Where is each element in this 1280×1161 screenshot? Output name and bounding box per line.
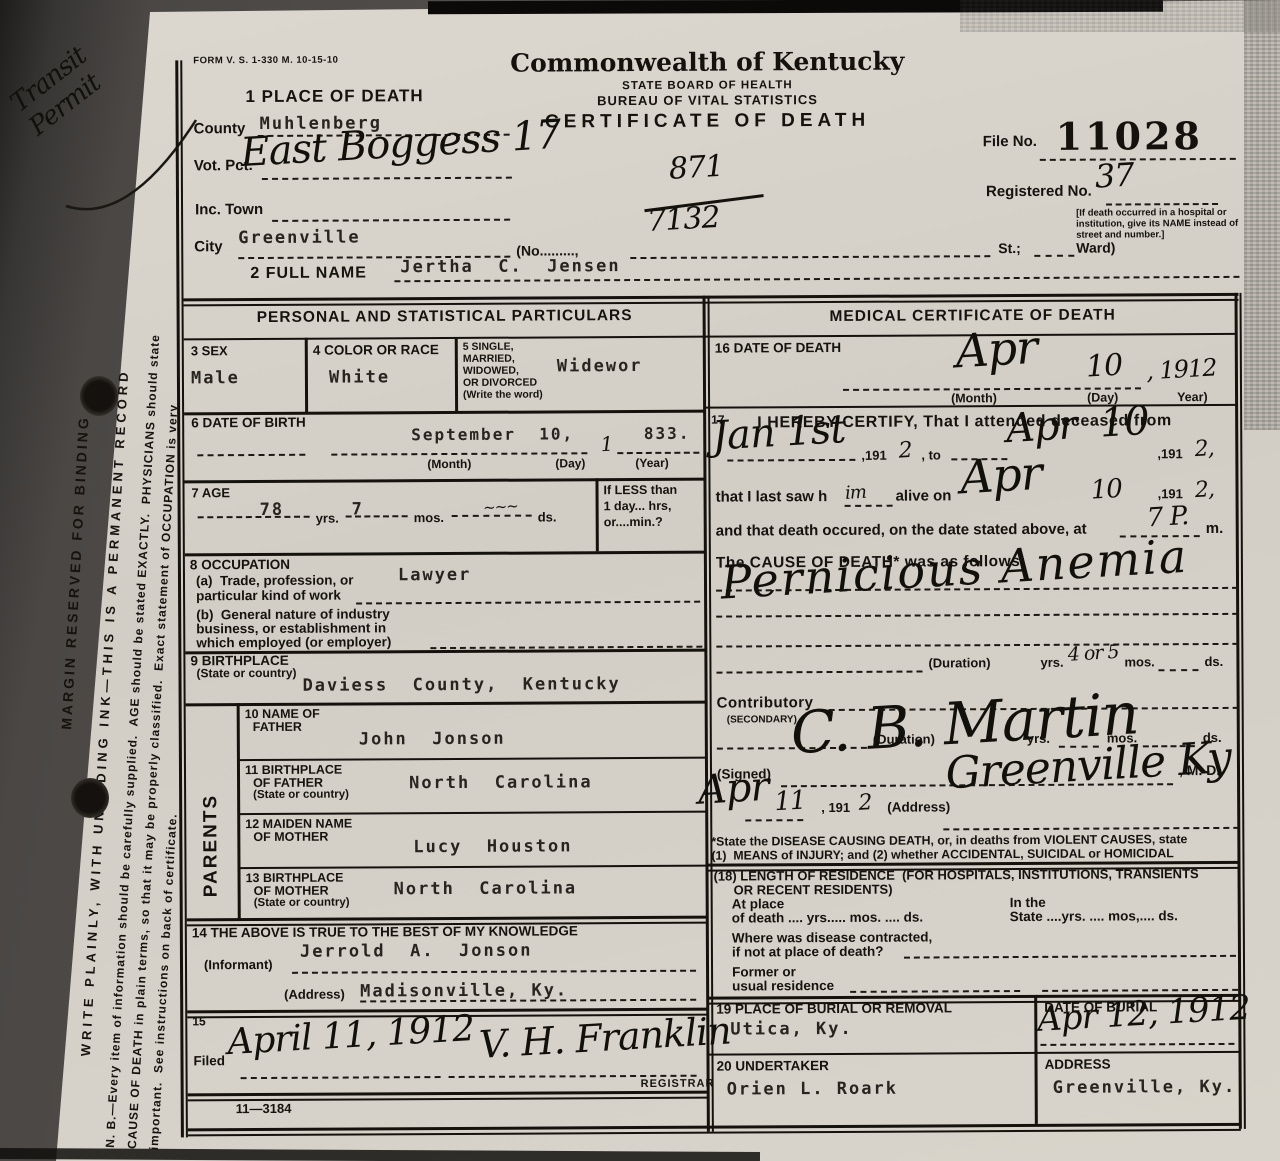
inc-town-line <box>272 219 510 222</box>
physician-address-label: (Address) <box>887 800 950 815</box>
rule <box>708 1051 1240 1055</box>
last-saw-month-handwriting: Apr <box>958 446 1043 505</box>
duration-value-handwriting: 4 or 5 <box>1067 641 1119 666</box>
rule <box>239 757 707 761</box>
undertaker-address-value: Greenville, Ky. <box>1053 1077 1237 1098</box>
ward-label: Ward) <box>1076 241 1115 256</box>
sex-label: 3 SEX <box>191 344 228 358</box>
occupation-a-line-1: (a) Trade, profession, or <box>196 574 354 589</box>
less-than-line-1: If LESS than <box>603 484 677 498</box>
occupation-line <box>356 601 700 605</box>
county-label: County <box>194 121 246 137</box>
signature-date-line <box>745 819 803 821</box>
father-name-label-2: FATHER <box>253 721 302 734</box>
year-printed-3: ,191 <box>1158 487 1183 501</box>
rule <box>184 336 705 341</box>
divider <box>237 703 241 920</box>
date-of-birth-value: September 10, 833. <box>411 424 690 444</box>
footnote-line-2: (1) MEANS of INJURY; and (2) whether ACC… <box>711 847 1173 862</box>
frame-top-rule <box>184 293 1239 307</box>
year-hand-1: 2 <box>898 438 912 464</box>
dob-year-handwriting: 1 <box>600 432 613 457</box>
duration-line <box>1158 669 1198 671</box>
occupation-value: Lawyer <box>398 565 472 585</box>
dob-line <box>331 452 587 455</box>
full-name-label: 2 FULL NAME <box>250 265 367 282</box>
street-label: St.; <box>998 241 1021 256</box>
divider <box>305 338 308 414</box>
full-name-line <box>394 276 1239 282</box>
rule <box>188 1091 709 1102</box>
duration-yrs-caption: yrs. <box>1040 656 1063 670</box>
age-line <box>198 516 310 519</box>
former-residence-line <box>850 990 1020 993</box>
hospital-instruction-note: [If death occurred in a hospital or inst… <box>1076 207 1246 241</box>
ward-line <box>1034 255 1074 257</box>
frame-left-border <box>175 60 188 1137</box>
signature-year-hand: 2 <box>858 790 872 816</box>
city-label: City <box>194 239 222 255</box>
age-line <box>452 515 532 517</box>
dob-month-caption: (Month) <box>427 458 471 471</box>
year-printed-2: ,191 <box>1157 447 1182 461</box>
state-title: Commonwealth of Kentucky <box>457 46 957 78</box>
certify-line <box>727 459 855 462</box>
inc-town-label: Inc. Town <box>195 202 263 218</box>
father-birthplace-value: North Carolina <box>409 772 593 793</box>
frame-bottom-rule <box>188 1123 1241 1137</box>
full-name-value: Jertha C. Jensen <box>400 256 620 277</box>
rule <box>186 701 707 706</box>
disease-contracted-line <box>904 955 1236 959</box>
signature-date-month-handwriting: Apr <box>697 764 770 814</box>
undertaker-value: Orien L. Roark <box>727 1079 898 1100</box>
last-saw-him-scribble: im <box>844 482 866 504</box>
last-saw-day-handwriting: 10 <box>1090 474 1123 506</box>
place-of-death-heading: 1 PLACE OF DEATH <box>245 87 423 106</box>
certificate-form: FORM V. S. 1-330 M. 10-15-10 Commonwealt… <box>0 0 1280 1161</box>
registered-no-line <box>1106 203 1218 206</box>
father-birthplace-label-3: (State or country) <box>253 789 349 802</box>
rule <box>239 811 707 815</box>
former-residence-label-2: usual residence <box>732 979 834 994</box>
race-label: 4 COLOR OR RACE <box>313 343 439 358</box>
date-of-death-day-handwriting: 10 <box>1085 348 1123 385</box>
street-line <box>630 255 990 259</box>
informant-line <box>292 970 696 974</box>
age-ds-caption: ds. <box>538 510 557 524</box>
age-line <box>346 515 408 517</box>
last-saw-text-1: that I last saw h <box>716 489 828 505</box>
in-state-label-2: State ....yrs. .... mos,.... ds. <box>1010 909 1178 924</box>
bureau-subtitle: BUREAU OF VITAL STATISTICS <box>457 92 957 108</box>
duration-ds-caption: ds. <box>1204 655 1223 669</box>
file-no-label: File No. <box>983 134 1037 150</box>
signature-date-day-handwriting: 11 <box>774 786 807 818</box>
informant-address-line <box>360 999 696 1003</box>
occupation-a-line-2: particular kind of work <box>196 589 341 604</box>
registered-no-value: 37 <box>1094 155 1135 195</box>
date-of-birth-label: 6 DATE OF BIRTH <box>191 416 306 431</box>
mother-birthplace-value: North Carolina <box>394 878 578 899</box>
mother-name-value: Lucy Houston <box>413 836 572 857</box>
burial-place-label: 19 PLACE OF BURIAL OR REMOVAL <box>716 1001 952 1016</box>
birthplace-sublabel: (State or country) <box>196 667 296 680</box>
form-code-footer: 11—3184 <box>236 1102 292 1116</box>
date-of-death-year: , 1912 <box>1145 353 1217 385</box>
filed-line <box>241 1076 441 1079</box>
father-name-value: John Jonson <box>359 729 506 750</box>
secondary-caption: (SECONDARY) <box>727 715 797 726</box>
date-of-death-month-handwriting: Apr <box>954 320 1039 379</box>
informant-label: (Informant) <box>204 958 273 972</box>
year-printed-1: ,191 <box>861 449 886 463</box>
house-number-numerator: 871 <box>668 149 724 187</box>
registrar-caption: REGISTRAR <box>641 1079 715 1091</box>
at-place-label-2: of death .... yrs..... mos. .... ds. <box>732 911 923 926</box>
voting-precinct-line <box>262 177 512 180</box>
less-than-line-3: or....min.? <box>604 516 663 529</box>
file-no-line <box>1040 158 1236 161</box>
divider <box>595 478 598 551</box>
duration-line <box>716 671 922 674</box>
year-hand-3: 2, <box>1194 477 1214 503</box>
parents-vertical-label: PARENTS <box>201 737 222 897</box>
duration-label: (Duration) <box>928 656 990 670</box>
birthplace-value: Daviess County, Kentucky <box>302 674 620 696</box>
occupation-label: 8 OCCUPATION <box>190 558 290 573</box>
informant-name-value: Jerrold A. Jonson <box>300 941 533 962</box>
race-value: White <box>329 367 390 387</box>
board-subtitle: STATE BOARD OF HEALTH <box>457 78 957 93</box>
rule <box>705 404 1237 409</box>
informant-address-label: (Address) <box>284 988 345 1002</box>
file-no-value: 11028 <box>1056 113 1203 159</box>
year-hand-2: 2, <box>1194 436 1214 462</box>
undertaker-address-label: ADDRESS <box>1045 1058 1111 1073</box>
house-number-denominator: 7132 <box>646 200 720 239</box>
rule <box>239 865 707 869</box>
age-yrs-caption: yrs. <box>316 512 339 526</box>
disease-contracted-label-2: if not at place of death? <box>732 945 884 960</box>
registered-no-label: Registered No. <box>986 184 1092 200</box>
mother-name-label-2: OF MOTHER <box>253 831 328 845</box>
personal-section-title: PERSONAL AND STATISTICAL PARTICULARS <box>185 308 705 327</box>
last-saw-line <box>845 505 893 507</box>
form-number: FORM V. S. 1-330 M. 10-15-10 <box>193 56 338 67</box>
marital-status-value: Widewor <box>557 356 643 376</box>
divider <box>455 337 458 413</box>
physician-address-line <box>943 827 1239 831</box>
date-of-death-label: 16 DATE OF DEATH <box>715 341 841 356</box>
duration-mos-caption: mos. <box>1124 655 1154 669</box>
undertaker-label: 20 UNDERTAKER <box>717 1059 829 1074</box>
death-hour-m-caption: m. <box>1206 521 1224 537</box>
filed-label: Filed <box>193 1054 225 1068</box>
item-15-label: 15 <box>192 1015 205 1028</box>
signature-year-printed: , 191 <box>821 801 850 815</box>
cause-of-death-handwriting: Pernicious Anemia <box>719 529 1190 610</box>
attended-from-date-handwriting: Jan 1st <box>711 406 847 460</box>
residence-title-line-1: (18) LENGTH OF RESIDENCE (FOR HOSPITALS,… <box>714 867 1199 883</box>
marital-status-label: 5 SINGLE, MARRIED, WIDOWED, OR DIVORCED … <box>463 341 543 401</box>
less-than-line-2: 1 day... hrs, <box>604 500 672 513</box>
registrar-signature: V. H. Franklin <box>478 1008 732 1066</box>
dob-line <box>197 454 305 457</box>
residence-title-line-2: OR RECENT RESIDENTS) <box>734 883 893 897</box>
attended-to-date-handwriting: Apr 10 <box>1005 398 1150 452</box>
to-label: , to <box>921 448 941 462</box>
mother-birthplace-label-3: (State or country) <box>254 897 350 910</box>
dod-month-caption: (Month) <box>951 392 997 405</box>
dob-line <box>617 452 699 454</box>
dod-year-caption: Year) <box>1177 391 1208 404</box>
informant-statement-label: 14 THE ABOVE IS TRUE TO THE BEST OF MY K… <box>192 924 578 940</box>
cause-line <box>716 643 1238 648</box>
age-label: 7 AGE <box>192 486 231 500</box>
sex-value: Male <box>191 368 240 388</box>
city-value: Greenville <box>238 227 360 248</box>
last-saw-text-2: alive on <box>896 488 952 504</box>
dob-day-caption: (Day) <box>555 457 585 470</box>
informant-address-value: Madisonville, Ky. <box>360 980 568 1001</box>
occupation-b-line-3: which employed (or employer) <box>196 635 391 650</box>
rule <box>185 551 706 556</box>
dob-year-caption: (Year) <box>635 457 668 470</box>
cause-line <box>716 613 1238 618</box>
burial-place-value: Utica, Ky. <box>730 1019 852 1040</box>
age-mos-caption: mos. <box>414 511 444 525</box>
burial-date-line <box>1040 1043 1234 1046</box>
